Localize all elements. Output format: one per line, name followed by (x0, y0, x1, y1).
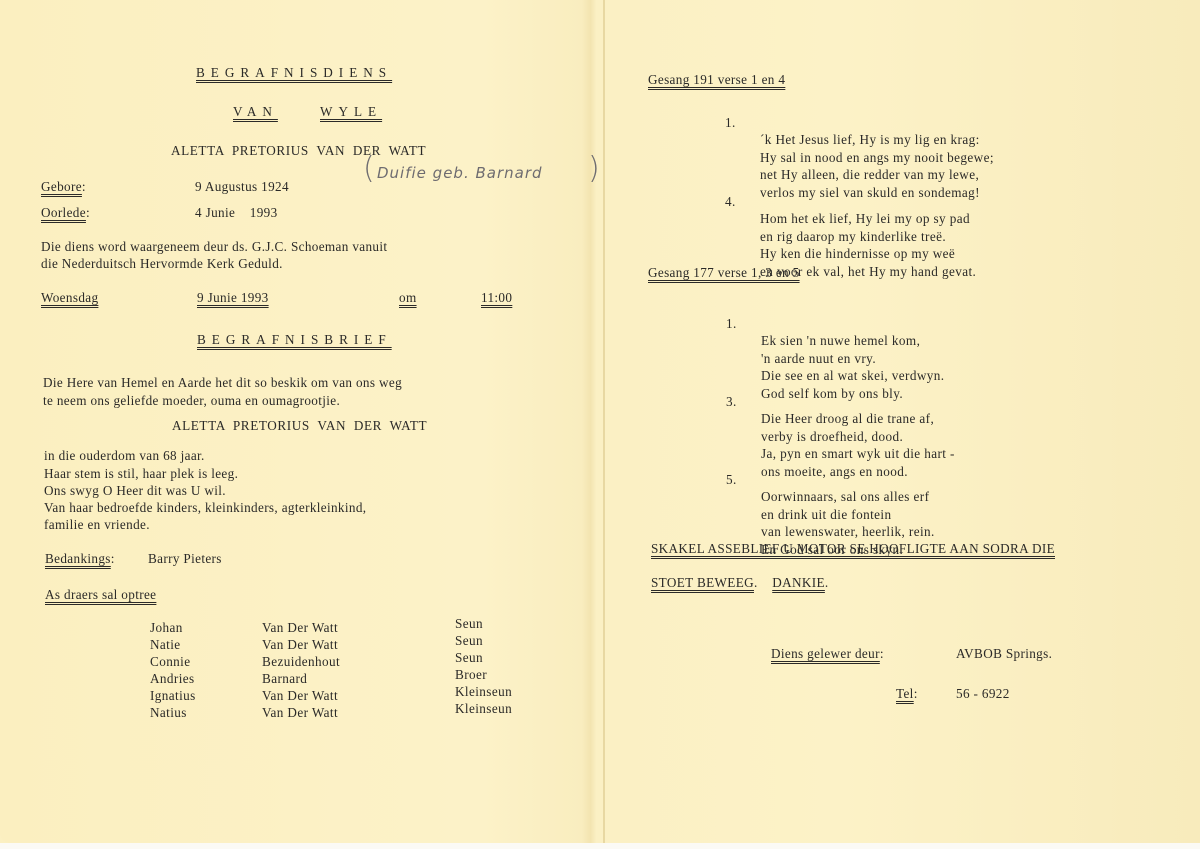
verse-number: 1. (725, 114, 736, 132)
bearer-relation: Seun (455, 633, 483, 649)
bearer-first-name: Johan (150, 620, 183, 636)
headlights-notice-line-1: SKAKEL ASSEBLIEF U MOTOR SE HOOFLIGTE AA… (651, 541, 1055, 558)
letter-text-1: Die Here van Hemel en Aarde het dit so b… (43, 375, 402, 392)
provider-label: Diens gelewer deur (771, 646, 880, 661)
hymn1-verse: 1. ´k Het Jesus lief, Hy is my lig en kr… (725, 96, 732, 149)
bearer-relation: Kleinseun (455, 701, 512, 717)
bearer-first-name: Connie (150, 654, 191, 670)
subtitle-van: VAN (233, 104, 278, 121)
bearer-first-name: Natius (150, 705, 187, 721)
letter-line: Haar stem is stil, haar plek is leeg. (44, 466, 238, 483)
born-label: Gebore (41, 179, 82, 194)
bearer-surname: Van Der Watt (262, 688, 338, 704)
verse-number: 1. (726, 315, 737, 333)
hymn2-verse: 5. Oorwinnaars, sal ons alles erf en dri… (726, 453, 733, 506)
letter-name: ALETTA PRETORIUS VAN DER WATT (172, 418, 427, 435)
letter-text-2: te neem ons geliefde moeder, ouma en oum… (43, 393, 340, 410)
service-text-1: Die diens word waargeneem deur ds. G.J.C… (41, 239, 387, 256)
notice-thanks: DANKIE (772, 575, 825, 590)
service-at: om (399, 290, 417, 307)
bearer-relation: Broer (455, 667, 487, 683)
verse-number: 3. (726, 393, 737, 411)
bearer-surname: Van Der Watt (262, 620, 338, 636)
bearer-first-name: Andries (150, 671, 195, 687)
thanks-value: Barry Pieters (148, 551, 222, 568)
provider-value: AVBOB Springs. (956, 646, 1052, 663)
hymn1-verse: 4. Hom het ek lief, Hy lei my op sy pad … (725, 175, 732, 228)
service-day: Woensdag (41, 290, 98, 307)
letter-line: familie en vriende. (44, 517, 150, 534)
tel-value: 56 - 6922 (956, 686, 1010, 703)
hymn2-heading: Gesang 177 verse 1, 3 en 5 (648, 265, 800, 282)
bearer-surname: Bezuidenhout (262, 654, 340, 670)
notice-procession: STOET BEWEEG (651, 575, 754, 590)
verse-lines: Die Heer droog al die trane af, verby is… (761, 410, 955, 480)
bearer-relation: Seun (455, 650, 483, 666)
verse-lines: Ek sien 'n nuwe hemel kom, 'n aarde nuut… (761, 332, 944, 402)
letter-title: BEGRAFNISBRIEF (197, 332, 392, 349)
headlights-notice-line-2: STOET BEWEEG. DANKIE. (651, 575, 829, 592)
letter-line: Van haar bedroefde kinders, kleinkinders… (44, 500, 366, 517)
bearer-first-name: Natie (150, 637, 181, 653)
tel-row: Tel: (896, 686, 918, 703)
bearer-surname: Van Der Watt (262, 705, 338, 721)
died-label: Oorlede (41, 205, 86, 220)
service-time: 11:00 (481, 290, 512, 307)
bearer-surname: Barnard (262, 671, 307, 687)
bearer-relation: Seun (455, 616, 483, 632)
died-row: Oorlede: (41, 205, 90, 222)
verse-lines: ´k Het Jesus lief, Hy is my lig en krag:… (760, 131, 994, 201)
verse-number: 5. (726, 471, 737, 489)
thanks-row: Bedankings: (45, 551, 115, 568)
handwritten-note: Duifie geb. Barnard (377, 164, 543, 182)
bearer-relation: Kleinseun (455, 684, 512, 700)
deceased-name: ALETTA PRETORIUS VAN DER WATT (171, 143, 426, 160)
tel-label: Tel (896, 686, 914, 701)
bearer-first-name: Ignatius (150, 688, 196, 704)
subtitle-wyle: WYLE (320, 104, 382, 121)
handwriting-paren-close: ) (588, 151, 600, 186)
service-title: BEGRAFNISDIENS (196, 65, 392, 82)
service-text-2: die Nederduitsch Hervormde Kerk Geduld. (41, 256, 283, 273)
hymn1-heading: Gesang 191 verse 1 en 4 (648, 72, 785, 89)
provider-row: Diens gelewer deur: (771, 646, 884, 663)
letter-line: in die ouderdom van 68 jaar. (44, 448, 205, 465)
bearer-surname: Van Der Watt (262, 637, 338, 653)
letter-line: Ons swyg O Heer dit was U wil. (44, 483, 226, 500)
verse-number: 4. (725, 193, 736, 211)
died-value: 4 Junie 1993 (195, 205, 278, 222)
scan-border (0, 843, 1200, 849)
page-fold (603, 0, 605, 843)
hymn2-verse: 1. Ek sien 'n nuwe hemel kom, 'n aarde n… (726, 297, 733, 350)
hymn2-verse: 3. Die Heer droog al die trane af, verby… (726, 375, 733, 428)
born-value: 9 Augustus 1924 (195, 179, 289, 196)
service-date: 9 Junie 1993 (197, 290, 269, 307)
handwriting-paren-open: ( (363, 151, 375, 186)
bearers-heading: As draers sal optree (45, 587, 156, 604)
thanks-label: Bedankings (45, 551, 111, 566)
born-row: Gebore: (41, 179, 86, 196)
